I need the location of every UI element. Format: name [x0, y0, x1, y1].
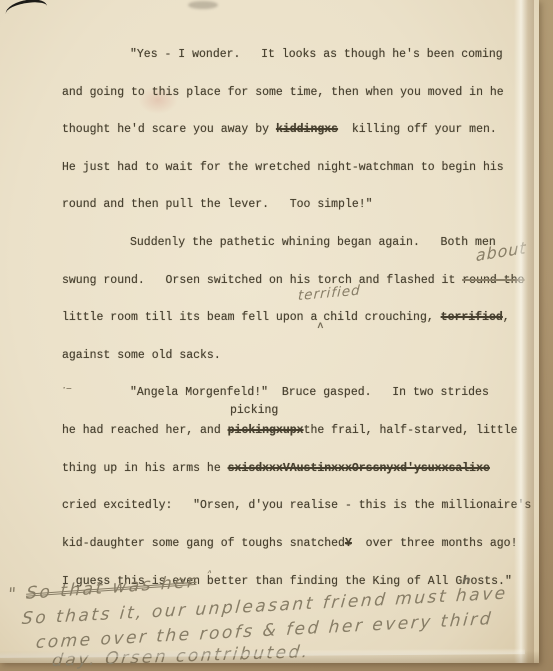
- typed-strikeout: kiddingxs: [276, 123, 338, 136]
- typed-segment: he had reached her, and: [62, 424, 228, 437]
- typed-segment: kid-daughter some gang of toughs snatche…: [62, 537, 345, 550]
- typed-segment: child crouching,: [323, 311, 440, 324]
- typed-segment: thought he'd scare you away by: [62, 123, 276, 136]
- typed-segment: He just had to wait for the wretched nig…: [62, 161, 504, 174]
- typed-segment: over three months ago!: [352, 537, 518, 550]
- typed-segment: against some old sacks.: [62, 349, 221, 362]
- handwritten-caret: ˄: [204, 569, 213, 584]
- typed-segment: Suddenly the pathetic whining began agai…: [130, 236, 496, 249]
- typed-line: swung round. Orsen switched on his torch…: [62, 262, 531, 300]
- typed-segment: cried excitedly: "Orsen, d'you realise -…: [62, 499, 531, 512]
- pencil-margin-mark: ·–: [62, 381, 72, 395]
- typed-line: thing up in his arms he sxisdxxxVAustinx…: [62, 450, 531, 488]
- pencil-strikeout: round the: [462, 274, 524, 287]
- typed-line: he had reached her, and pickingxupxthe f…: [62, 412, 531, 450]
- typed-line: and going to this place for some time, t…: [62, 74, 531, 112]
- typed-segment: the frail, half-starved, little: [304, 424, 518, 437]
- corner-ink-stroke: [4, 0, 47, 14]
- typed-line: "Angela Morgenfeld!" Bruce gasped. In tw…: [62, 374, 531, 412]
- typed-text: "Yes - I wonder. It looks as though he's…: [62, 36, 531, 600]
- typed-line: cried excitedly: "Orsen, d'you realise -…: [62, 487, 531, 525]
- typed-line: against some old sacks.: [62, 337, 531, 375]
- typed-segment: and going to this place for some time, t…: [62, 86, 504, 99]
- typed-line: kid-daughter some gang of toughs snatche…: [62, 525, 531, 563]
- typed-strikeout: pickingxupx: [228, 424, 304, 437]
- typed-strikeout: sxisdxxxVAustinxxxOrssnyxd'ysuxxsalixe: [228, 462, 490, 475]
- typed-segment: killing off your men.: [338, 123, 497, 136]
- typed-line: He just had to wait for the wretched nig…: [62, 149, 531, 187]
- typed-insertion-picking: picking: [230, 404, 278, 417]
- top-smudge: [188, 1, 218, 9]
- typed-segment: swung round. Orsen switched on his torch…: [62, 274, 462, 287]
- typed-line: Suddenly the pathetic whining began agai…: [62, 224, 531, 262]
- typed-strikeout: ¥: [345, 537, 352, 550]
- typed-segment: "Yes - I wonder. It looks as though he's…: [130, 48, 503, 61]
- handwritten-quote: ": [7, 584, 27, 605]
- typed-strikeout: terrified: [441, 311, 503, 324]
- typed-segment: "Angela Morgenfeld!" Bruce gasped. In tw…: [130, 386, 489, 399]
- typed-segment: ,: [503, 311, 510, 324]
- typed-line: round and then pull the lever. Too simpl…: [62, 186, 531, 224]
- typed-segment: thing up in his arms he: [62, 462, 228, 475]
- manuscript-page: "Yes - I wonder. It looks as though he's…: [0, 0, 539, 663]
- typed-segment: round and then pull the lever. Too simpl…: [62, 198, 373, 211]
- typed-segment: little room till its beam fell upon a: [62, 311, 317, 324]
- typed-line: "Yes - I wonder. It looks as though he's…: [62, 36, 531, 74]
- typed-line: thought he'd scare you away by kiddingxs…: [62, 111, 531, 149]
- typed-line: little room till its beam fell upon aʌch…: [62, 299, 531, 337]
